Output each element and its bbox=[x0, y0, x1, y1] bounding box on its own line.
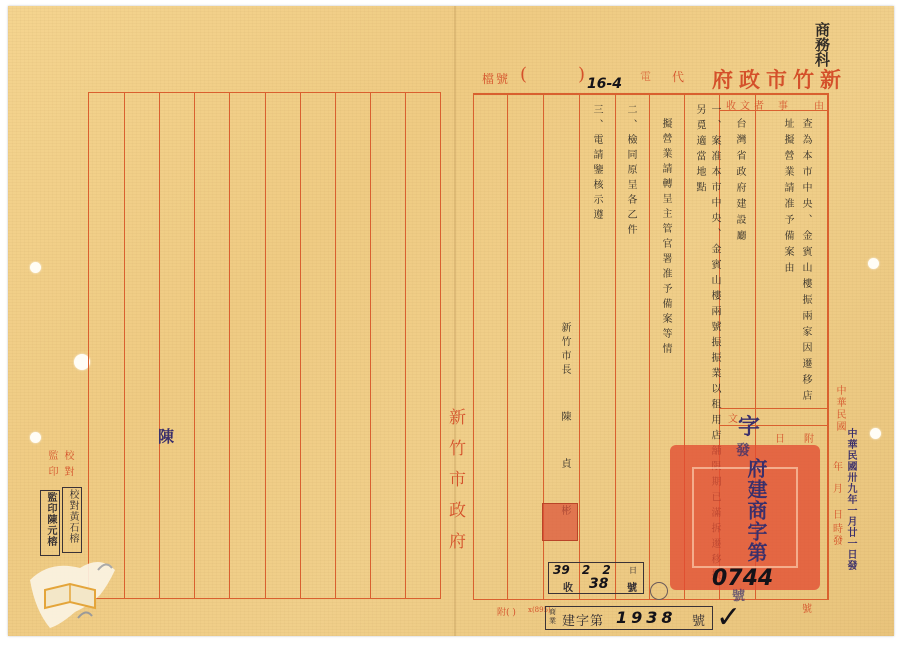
office-title: 新竹市政府 bbox=[712, 64, 847, 94]
small-round-seal bbox=[650, 582, 668, 600]
punch-hole bbox=[30, 432, 41, 443]
file-number-paren-open: ( bbox=[520, 64, 527, 85]
archive-logo-icon bbox=[20, 550, 120, 630]
received-number-suffix: 號 bbox=[627, 579, 637, 594]
file-number-label: 檔號 bbox=[482, 70, 510, 87]
date-stamp-vertical: 中華民國卅九年一月廿一日發 bbox=[843, 428, 858, 571]
issue-prefix-char: 發 bbox=[736, 440, 750, 460]
bottom-left-label: 附( ) bbox=[497, 605, 516, 618]
date-label-month: 月 bbox=[833, 480, 843, 495]
lower-stamp-small: 商業 bbox=[549, 608, 559, 626]
receipt-label-fu: 附 bbox=[804, 430, 814, 445]
date-label-day: 日 bbox=[833, 506, 843, 521]
issue-top-char: 字 bbox=[738, 410, 760, 441]
body-column-3: 二、檢同原呈各乙件 bbox=[623, 104, 638, 239]
lower-stamp-prefix: 建字第 bbox=[562, 610, 604, 629]
file-number-handwritten: 16-4 bbox=[587, 76, 622, 92]
mayor-personal-seal bbox=[542, 503, 578, 541]
supervise-stamp: 監印陳元榕 bbox=[40, 490, 60, 556]
form-type-dian: 電 bbox=[640, 68, 651, 84]
file-number-paren-close: ) bbox=[578, 64, 585, 85]
received-day-label: 日 bbox=[629, 565, 637, 576]
receipt-label-wen: 文 bbox=[728, 410, 738, 425]
subject-divider bbox=[755, 94, 756, 406]
recipient-text: 台灣省政府建設廳 bbox=[732, 118, 747, 246]
receipt-rule-mid bbox=[720, 425, 828, 426]
handwritten-department-note: 商務科 bbox=[812, 22, 833, 67]
proofread-stamp: 校對黃石榕 bbox=[62, 487, 82, 553]
received-stamp: 39 2 2 日 收 38 號 bbox=[548, 562, 644, 594]
lower-registration-stamp: 商業 建字第 1938 號 bbox=[545, 606, 713, 630]
supervise-label: 監印 bbox=[44, 450, 59, 482]
body-column-2: 擬營業請轉呈主管官署准予備案等情 bbox=[658, 118, 673, 358]
left-vertical-title: 新竹市政府 bbox=[443, 408, 468, 563]
receipt-label-ri: 日 bbox=[775, 430, 785, 445]
date-label-issue: 發 bbox=[833, 532, 843, 547]
date-column-border bbox=[828, 94, 829, 600]
form-type-dai: 代 bbox=[672, 68, 684, 85]
lower-stamp-number: 1938 bbox=[616, 608, 677, 627]
received-number: 38 bbox=[589, 576, 608, 592]
date-label-roc: 中華民國 bbox=[832, 385, 847, 433]
attachment-number-label: 號 bbox=[802, 600, 812, 615]
received-label: 收 bbox=[563, 579, 573, 594]
initial-mark: 陳 bbox=[158, 424, 174, 447]
punch-hole bbox=[868, 258, 879, 269]
punch-hole bbox=[30, 262, 41, 273]
recipient-header-rule bbox=[719, 110, 756, 111]
subject-text: 查為本市中央、金賓山樓振兩家因遷移店址擬營業請准予備案由 bbox=[778, 118, 814, 408]
receipt-rule-top bbox=[720, 408, 828, 409]
subject-header: 事由 bbox=[778, 97, 850, 112]
lower-stamp-suffix: 號 bbox=[692, 610, 705, 629]
left-page-grid bbox=[88, 92, 441, 599]
proofread-label: 校對 bbox=[60, 450, 75, 482]
issue-number-prefix: 府建商字第 bbox=[742, 458, 771, 563]
body-column-4: 三、電請鑒核示遵 bbox=[589, 104, 604, 224]
signature-mayor: 新竹市長 陳 貞 彬 bbox=[557, 322, 572, 519]
date-label-year: 年 bbox=[833, 458, 843, 473]
check-mark: ✓ bbox=[716, 600, 741, 635]
received-date: 39 2 2 bbox=[553, 563, 611, 577]
punch-hole bbox=[870, 428, 881, 439]
